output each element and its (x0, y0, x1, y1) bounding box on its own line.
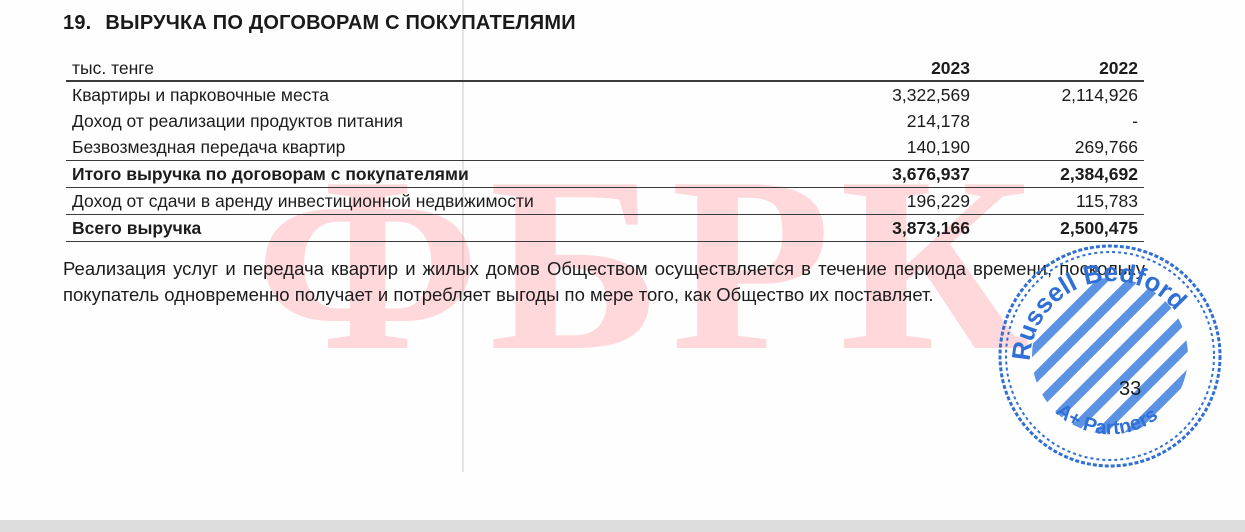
total-row: Всего выручка 3,873,166 2,500,475 (66, 215, 1144, 242)
value-2022: - (976, 108, 1144, 134)
value-2023: 140,190 (846, 134, 976, 161)
row-label: Всего выручка (66, 215, 846, 242)
page-number: 33 (1119, 378, 1141, 401)
table-row: Безвозмездная передача квартир 140,190 2… (66, 134, 1144, 161)
year-header-2023: 2023 (846, 56, 976, 81)
value-2023: 196,229 (846, 188, 976, 215)
unit-label: тыс. тенге (66, 56, 846, 81)
value-2022: 115,783 (976, 188, 1144, 215)
row-label: Доход от сдачи в аренду инвестиционной н… (66, 188, 846, 215)
svg-text:A+ Partners: A+ Partners (1052, 399, 1162, 439)
table-row: Доход от сдачи в аренду инвестиционной н… (66, 188, 1144, 215)
row-label: Квартиры и парковочные места (66, 81, 846, 108)
row-label: Безвозмездная передача квартир (66, 134, 846, 161)
value-2022: 269,766 (976, 134, 1144, 161)
value-2022: 2,384,692 (976, 161, 1144, 188)
section-title-text: ВЫРУЧКА ПО ДОГОВОРАМ С ПОКУПАТЕЛЯМИ (105, 12, 575, 34)
value-2022: 2,114,926 (976, 81, 1144, 108)
revenue-table: тыс. тенге 2023 2022 Квартиры и парковоч… (66, 56, 1144, 242)
table-header-row: тыс. тенге 2023 2022 (66, 56, 1144, 81)
value-2023: 3,322,569 (846, 81, 976, 108)
subtotal-row: Итого выручка по договорам с покупателям… (66, 161, 1144, 188)
row-label: Доход от реализации продуктов питания (66, 108, 846, 134)
viewer-bottom-edge (0, 520, 1245, 532)
year-header-2022: 2022 (976, 56, 1144, 81)
row-label: Итого выручка по договорам с покупателям… (66, 161, 846, 188)
value-2023: 3,676,937 (846, 161, 976, 188)
section-title: 19.ВЫРУЧКА ПО ДОГОВОРАМ С ПОКУПАТЕЛЯМИ (63, 12, 576, 35)
section-number: 19. (63, 12, 91, 34)
table-row: Квартиры и парковочные места 3,322,569 2… (66, 81, 1144, 108)
value-2023: 3,873,166 (846, 215, 976, 242)
value-2023: 214,178 (846, 108, 976, 134)
document-page: ФБРК 19.ВЫРУЧКА ПО ДОГОВОРАМ С ПОКУПАТЕЛ… (0, 0, 1245, 520)
note-paragraph: Реализация услуг и передача квартир и жи… (63, 256, 1145, 308)
auditor-stamp: Russell Bedford A+ Partners (985, 238, 1235, 474)
table-row: Доход от реализации продуктов питания 21… (66, 108, 1144, 134)
